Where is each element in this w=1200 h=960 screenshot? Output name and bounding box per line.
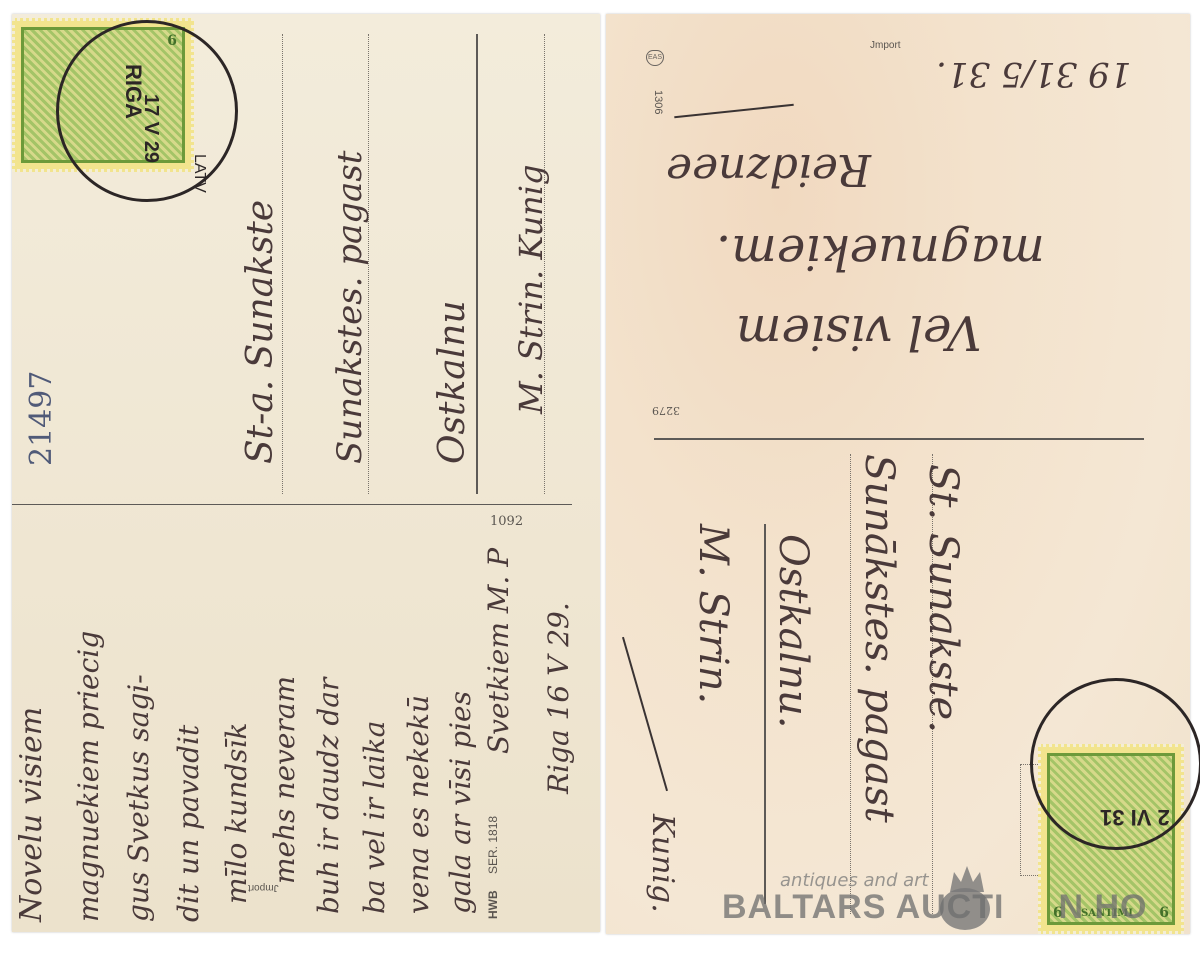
message-line: gus Svetkus sagi- [122, 674, 155, 922]
message-line: ba vel ir laika [358, 721, 391, 914]
message-line: mīlo kundsīk [220, 723, 253, 904]
greeting-line: Vel visiem [736, 304, 982, 360]
address-line: St. Sunakste. [920, 464, 966, 733]
message-line: magnuekiem priecig [72, 631, 105, 922]
watermark-text: BALTARS AUCTIN HO [722, 888, 1147, 927]
message-line: gala ar vīsi pies [444, 691, 477, 914]
postmark-date: 17 V 29 [139, 94, 162, 163]
greeting-line: magnuekiem. [716, 224, 1045, 280]
date-note: 19 31/5 31. [936, 54, 1131, 94]
divider-line [12, 504, 572, 505]
import-mark: Jmport [870, 40, 901, 51]
message-line: Svetkiem M. P [482, 548, 515, 754]
address-line: Kunig. [645, 814, 680, 913]
postcard-right: Jmport EAS 1306 3279 19 31/5 31. Reidzne… [606, 14, 1190, 934]
postcard-left: 21497 6 RIGA 17 V 29 LATV St-a. Sunakste… [12, 14, 600, 932]
publisher-number: 1092 [490, 514, 523, 529]
address-line: Ostkalnu [432, 300, 473, 464]
address-line: Sunākstes. pagast [856, 454, 902, 823]
message-line: mehs neveram [268, 676, 301, 884]
card-number: 3279 [652, 404, 680, 417]
postmark-country: LATV [190, 154, 208, 193]
message-line: vena es nekekū [402, 695, 435, 914]
message-line: dit un pavadit [172, 725, 205, 922]
address-line: St-a. Sunakste [240, 200, 281, 464]
postmark-date: 2 VI 31 [1100, 804, 1170, 830]
pen-stroke [674, 104, 794, 119]
address-rule [476, 34, 478, 494]
message-line: Novelu visiem [14, 707, 49, 922]
address-dotted-line [282, 34, 283, 494]
address-line: Ostkalnu. [770, 534, 816, 729]
address-line: M. Strin. [690, 524, 736, 704]
publisher-mark: HWB [486, 890, 500, 919]
address-rule [764, 524, 766, 904]
pen-stroke [622, 637, 668, 791]
greeting-line: Reidznee [666, 144, 871, 195]
message-line: Riga 16 V 29. [542, 602, 575, 794]
address-line: M. Strin. Kunig [512, 164, 550, 414]
divider-line [654, 438, 1144, 440]
address-dotted-line [850, 454, 851, 914]
publisher-number: 1306 [652, 90, 664, 114]
publisher-logo: EAS [646, 50, 664, 66]
series-number: SER. 1818 [486, 816, 500, 874]
message-line: buh ir daudz dar [312, 678, 345, 914]
inventory-number: 21497 [24, 371, 59, 466]
address-line: Sunakstes. pagast [330, 151, 370, 464]
